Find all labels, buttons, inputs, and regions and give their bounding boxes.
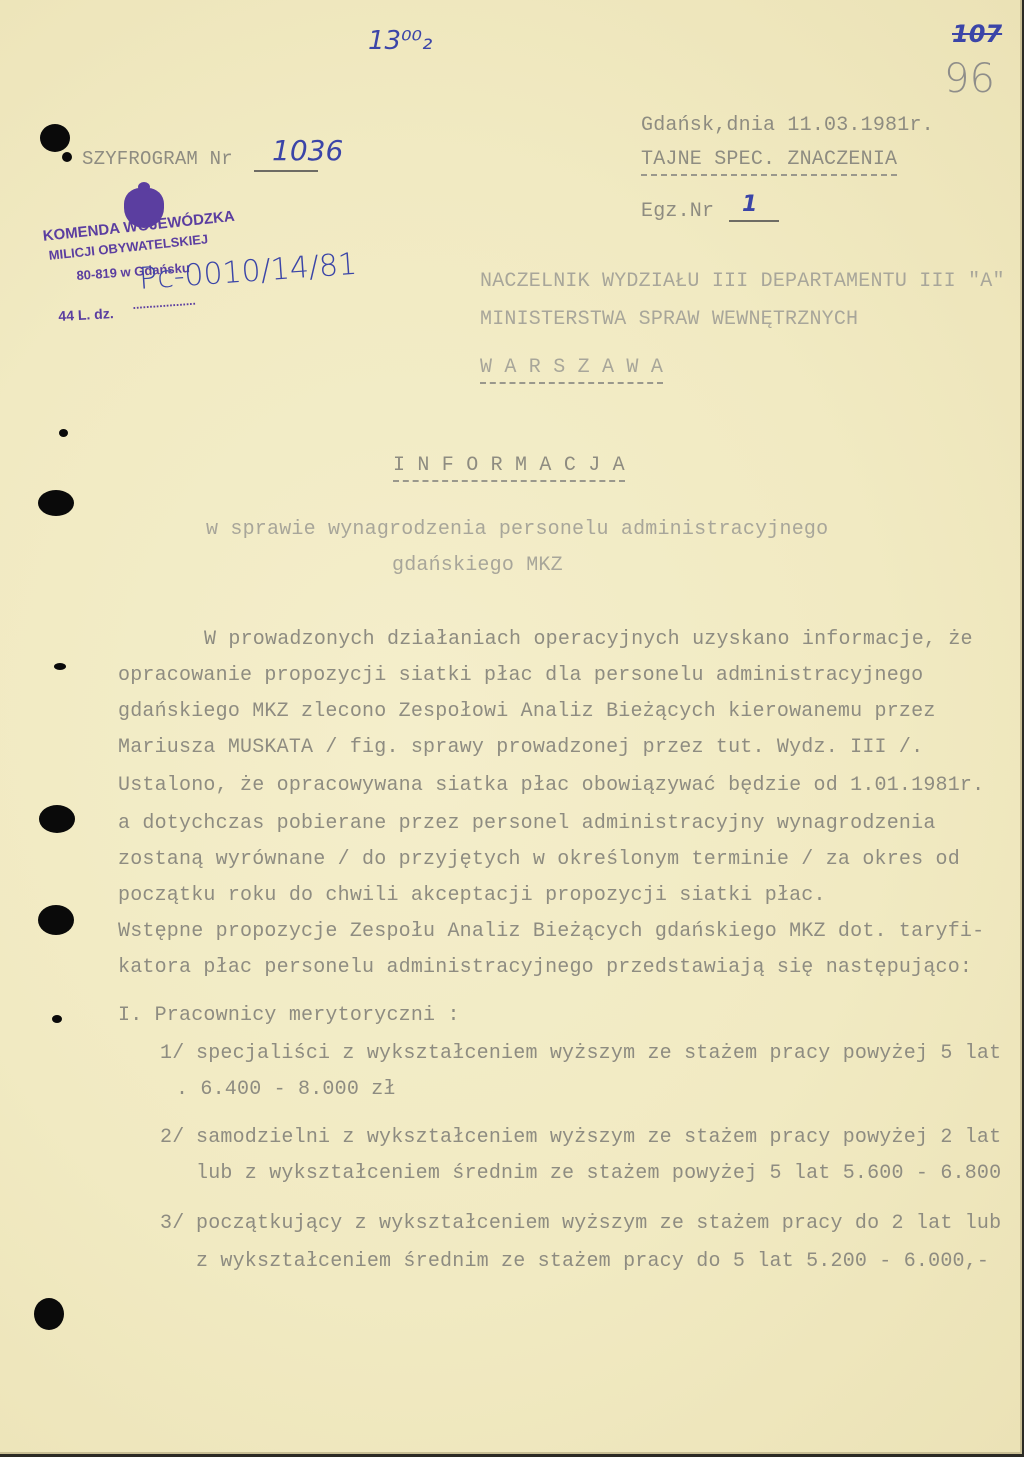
body-line: W prowadzonych działaniach operacyjnych … xyxy=(204,628,973,651)
body-line: gdańskiego MKZ zlecono Zespołowi Analiz … xyxy=(118,700,936,723)
classification: TAJNE SPEC. ZNACZENIA xyxy=(641,148,897,176)
section-heading: I. Pracownicy merytoryczni : xyxy=(118,1004,460,1027)
item-line: samodzielni z wykształceniem wyższym ze … xyxy=(196,1126,1001,1149)
addressee-city: W A R S Z A W A xyxy=(480,356,663,384)
punch-hole xyxy=(39,805,75,833)
document-heading: I N F O R M A C J A xyxy=(393,454,625,482)
copy-number: 1 xyxy=(742,192,757,217)
body-line: Mariusza MUSKATA / fig. sprawy prowadzon… xyxy=(118,736,923,759)
punch-hole xyxy=(54,663,66,670)
body-line: Ustalono, że opracowywana siatka płac ob… xyxy=(118,774,984,797)
body-line: zostaną wyrównane / do przyjętych w okre… xyxy=(118,848,960,871)
handwritten-crossed-number: 107 xyxy=(952,20,1002,48)
body-line: opracowanie propozycji siatki płac dla p… xyxy=(118,664,923,687)
item-line: lub z wykształceniem średnim ze stażem p… xyxy=(196,1162,1001,1185)
punch-hole xyxy=(38,490,74,516)
addressee-line-2: MINISTERSTWA SPRAW WEWNĘTRZNYCH xyxy=(480,308,858,331)
item-line: . 6.400 - 8.000 zł xyxy=(176,1078,396,1101)
item-number: 3/ xyxy=(160,1212,184,1235)
body-line: początku roku do chwili akceptacji propo… xyxy=(118,884,826,907)
item-line: początkujący z wykształceniem wyższym ze… xyxy=(196,1212,1001,1235)
punch-hole xyxy=(52,1015,62,1023)
punch-hole xyxy=(62,152,72,162)
item-number: 2/ xyxy=(160,1126,184,1149)
document-page: 13⁰⁰₂ 107 96 SZYFROGRAM Nr 1036 Gdańsk,d… xyxy=(0,0,1022,1454)
punch-hole xyxy=(40,124,70,152)
item-line: specjaliści z wykształceniem wyższym ze … xyxy=(196,1042,1001,1065)
item-number: 1/ xyxy=(160,1042,184,1065)
handwritten-reference-number: Pc-0010/14/81 xyxy=(138,247,358,297)
pencil-page-number: 96 xyxy=(944,56,995,102)
stamp-line-4-label: 44 L. dz. xyxy=(58,305,114,324)
punch-hole xyxy=(38,905,74,935)
place-date: Gdańsk,dnia 11.03.1981r. xyxy=(641,114,934,137)
punch-hole xyxy=(34,1298,64,1330)
handwritten-time-note: 13⁰⁰₂ xyxy=(368,26,432,56)
punch-hole xyxy=(59,429,68,437)
szyfrogram-label: SZYFROGRAM Nr xyxy=(82,148,233,170)
body-line: a dotychczas pobierane przez personel ad… xyxy=(118,812,936,835)
addressee-line-1: NACZELNIK WYDZIAŁU III DEPARTAMENTU III … xyxy=(480,270,1005,293)
copy-label: Egz.Nr xyxy=(641,200,714,223)
body-line: katora płac personelu administracyjnego … xyxy=(118,956,972,979)
item-line: z wykształceniem średnim ze stażem pracy… xyxy=(196,1250,989,1273)
body-line: Wstępne propozycje Zespołu Analiz Bieżąc… xyxy=(118,920,984,943)
subtitle-line-2: gdańskiego MKZ xyxy=(392,554,563,577)
subtitle-line-1: w sprawie wynagrodzenia personelu admini… xyxy=(206,518,828,541)
szyfrogram-number: 1036 xyxy=(272,134,343,167)
